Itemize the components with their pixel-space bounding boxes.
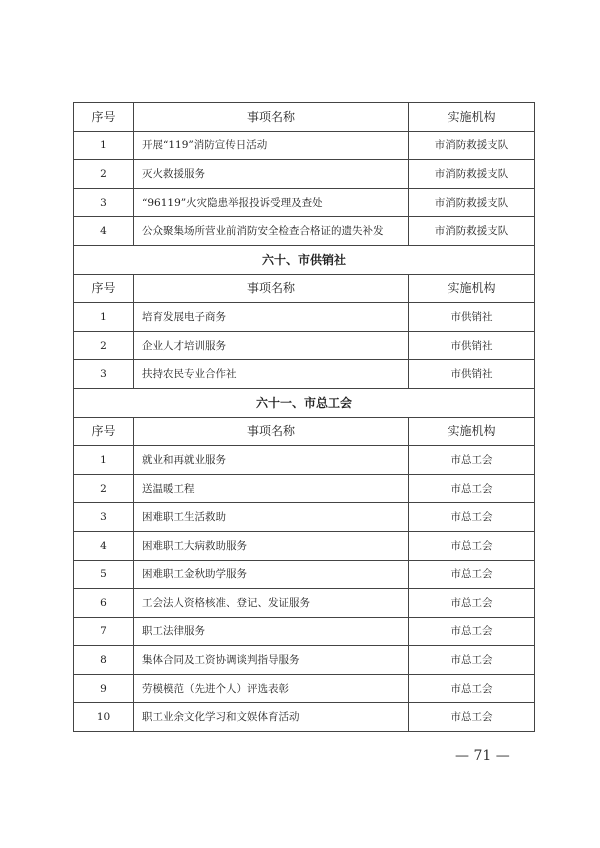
page-number: — 71 —: [455, 748, 510, 764]
document-page: 序号 事项名称 实施机构 1 开展“119”消防宣传日活动 市消防救援支队 2 …: [0, 0, 600, 848]
table-row: 6 工会法人资格核准、登记、发证服务 市总工会: [74, 589, 535, 618]
row-index: 6: [74, 589, 134, 618]
row-org: 市供销社: [409, 331, 535, 360]
row-name: 企业人才培训服务: [134, 331, 409, 360]
row-name: 困难职工金秋助学服务: [134, 560, 409, 589]
row-index: 2: [74, 474, 134, 503]
header-org: 实施机构: [409, 417, 535, 446]
row-index: 3: [74, 503, 134, 532]
row-name: 送温暖工程: [134, 474, 409, 503]
row-org: 市总工会: [409, 446, 535, 475]
section-title: 六十、市供销社: [74, 245, 535, 274]
row-org: 市总工会: [409, 474, 535, 503]
row-name: “96119”火灾隐患举报投诉受理及查处: [134, 188, 409, 217]
table-row: 10 职工业余文化学习和文娱体育活动 市总工会: [74, 703, 535, 732]
row-name: 扶持农民专业合作社: [134, 360, 409, 389]
row-index: 8: [74, 646, 134, 675]
row-index: 1: [74, 303, 134, 332]
row-index: 7: [74, 617, 134, 646]
row-name: 灭火救援服务: [134, 160, 409, 189]
row-index: 1: [74, 131, 134, 160]
table-row: 2 灭火救援服务 市消防救援支队: [74, 160, 535, 189]
table-row: 1 就业和再就业服务 市总工会: [74, 446, 535, 475]
row-org: 市供销社: [409, 303, 535, 332]
header-index: 序号: [74, 274, 134, 303]
row-index: 9: [74, 674, 134, 703]
row-org: 市消防救援支队: [409, 188, 535, 217]
row-name: 工会法人资格核准、登记、发证服务: [134, 589, 409, 618]
row-org: 市总工会: [409, 617, 535, 646]
row-org: 市供销社: [409, 360, 535, 389]
table-row: 9 劳模模范（先进个人）评选表彰 市总工会: [74, 674, 535, 703]
row-name: 困难职工大病救助服务: [134, 531, 409, 560]
header-org: 实施机构: [409, 274, 535, 303]
row-org: 市消防救援支队: [409, 160, 535, 189]
row-index: 2: [74, 160, 134, 189]
row-org: 市总工会: [409, 703, 535, 732]
row-index: 4: [74, 531, 134, 560]
table-row: 3 困难职工生活救助 市总工会: [74, 503, 535, 532]
row-org: 市总工会: [409, 560, 535, 589]
row-name: 集体合同及工资协调谈判指导服务: [134, 646, 409, 675]
services-table: 序号 事项名称 实施机构 1 开展“119”消防宣传日活动 市消防救援支队 2 …: [73, 102, 535, 732]
row-index: 3: [74, 360, 134, 389]
section-title: 六十一、市总工会: [74, 388, 535, 417]
row-org: 市消防救援支队: [409, 217, 535, 246]
row-index: 10: [74, 703, 134, 732]
row-name: 公众聚集场所营业前消防安全检查合格证的遗失补发: [134, 217, 409, 246]
table-row: 2 企业人才培训服务 市供销社: [74, 331, 535, 360]
table-row: 1 开展“119”消防宣传日活动 市消防救援支队: [74, 131, 535, 160]
row-name: 开展“119”消防宣传日活动: [134, 131, 409, 160]
row-index: 2: [74, 331, 134, 360]
row-name: 劳模模范（先进个人）评选表彰: [134, 674, 409, 703]
table-row: 4 公众聚集场所营业前消防安全检查合格证的遗失补发 市消防救援支队: [74, 217, 535, 246]
table-row: 3 “96119”火灾隐患举报投诉受理及查处 市消防救援支队: [74, 188, 535, 217]
table-row: 1 培育发展电子商务 市供销社: [74, 303, 535, 332]
table-row: 3 扶持农民专业合作社 市供销社: [74, 360, 535, 389]
row-org: 市总工会: [409, 589, 535, 618]
row-name: 培育发展电子商务: [134, 303, 409, 332]
table-header-row: 序号 事项名称 实施机构: [74, 417, 535, 446]
header-name: 事项名称: [134, 103, 409, 132]
section-title-row: 六十一、市总工会: [74, 388, 535, 417]
row-org: 市总工会: [409, 503, 535, 532]
section-title-row: 六十、市供销社: [74, 245, 535, 274]
row-name: 困难职工生活救助: [134, 503, 409, 532]
table-header-row: 序号 事项名称 实施机构: [74, 274, 535, 303]
row-index: 3: [74, 188, 134, 217]
header-index: 序号: [74, 417, 134, 446]
row-org: 市消防救援支队: [409, 131, 535, 160]
table-header-row: 序号 事项名称 实施机构: [74, 103, 535, 132]
row-name: 就业和再就业服务: [134, 446, 409, 475]
table-row: 8 集体合同及工资协调谈判指导服务 市总工会: [74, 646, 535, 675]
row-org: 市总工会: [409, 646, 535, 675]
row-index: 5: [74, 560, 134, 589]
table-row: 2 送温暖工程 市总工会: [74, 474, 535, 503]
row-name: 职工业余文化学习和文娱体育活动: [134, 703, 409, 732]
row-index: 4: [74, 217, 134, 246]
header-org: 实施机构: [409, 103, 535, 132]
row-name: 职工法律服务: [134, 617, 409, 646]
row-org: 市总工会: [409, 674, 535, 703]
row-org: 市总工会: [409, 531, 535, 560]
header-name: 事项名称: [134, 417, 409, 446]
table-row: 4 困难职工大病救助服务 市总工会: [74, 531, 535, 560]
header-index: 序号: [74, 103, 134, 132]
header-name: 事项名称: [134, 274, 409, 303]
table-row: 7 职工法律服务 市总工会: [74, 617, 535, 646]
row-index: 1: [74, 446, 134, 475]
table-row: 5 困难职工金秋助学服务 市总工会: [74, 560, 535, 589]
